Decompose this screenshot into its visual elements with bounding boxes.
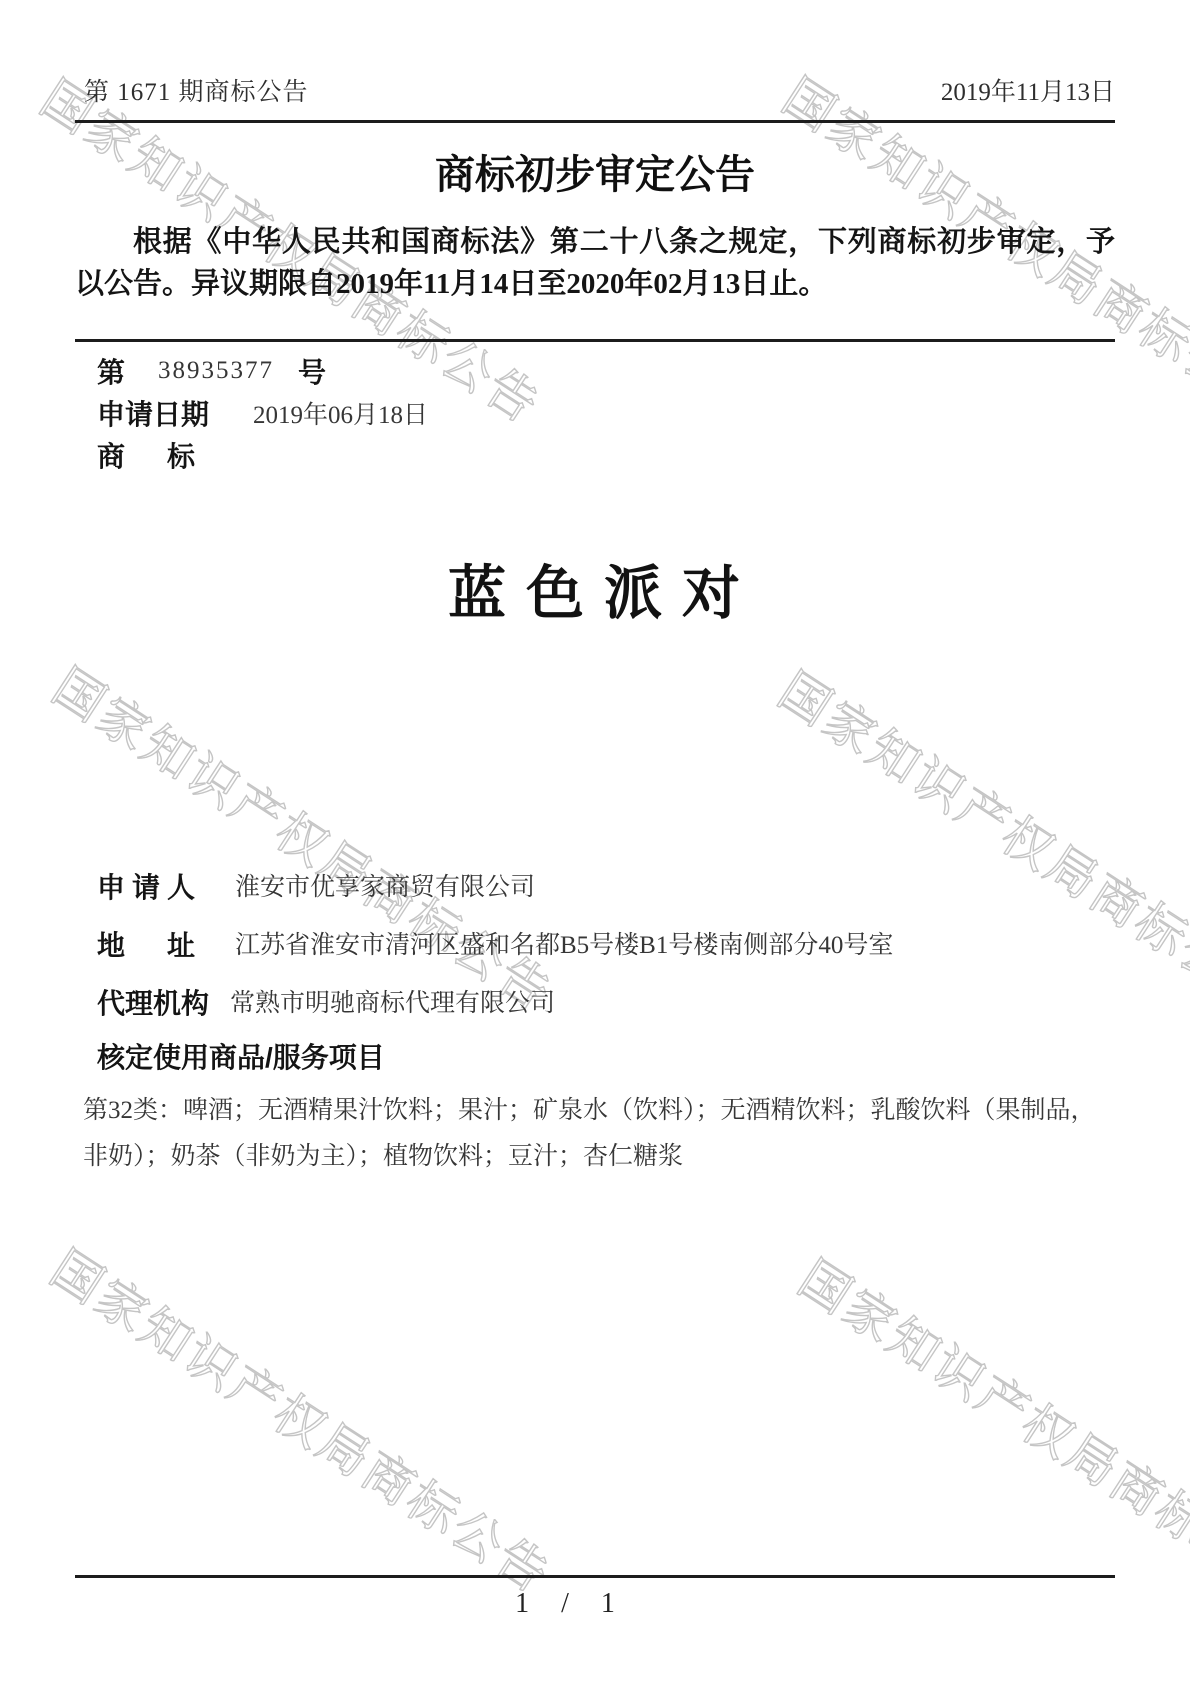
application-number: 38935377 (158, 357, 274, 385)
gazette-page: { "header": { "issue": "第 1671 期商标公告", "… (0, 0, 1190, 1684)
page-separator: / (561, 1588, 569, 1620)
current-page: 1 (515, 1588, 529, 1620)
trademark-label-row: 商标 (97, 434, 1115, 476)
intro-paragraph: 根据《中华人民共和国商标法》第二十八条之规定，下列商标初步审定，予以公告。异议期… (75, 221, 1115, 305)
application-date-row: 申请日期 2019年06月18日 (97, 392, 1115, 434)
address-row: 地址 江苏省淮安市清河区盛和名都B5号楼B1号楼南侧部分40号室 (97, 930, 1115, 962)
applicant-fields: 申请人 淮安市优享家商贸有限公司 地址 江苏省淮安市清河区盛和名都B5号楼B1号… (75, 872, 1115, 1180)
page-title: 商标初步审定公告 (75, 153, 1115, 197)
gazette-date: 2019年11月13日 (941, 72, 1115, 108)
trademark-label: 商标 (97, 435, 195, 475)
registration-fields: 第 38935377 号 申请日期 2019年06月18日 商标 (75, 342, 1115, 476)
gazette-issue: 第 1671 期商标公告 (75, 72, 309, 108)
applicant-row: 申请人 淮安市优享家商贸有限公司 (97, 872, 1115, 904)
page-header: 第 1671 期商标公告 2019年11月13日 (75, 0, 1115, 123)
goods-section-header: 核定使用商品/服务项目 (97, 1042, 1115, 1074)
watermark-text: 国家知识产权局商标公告 (39, 1230, 567, 1608)
application-number-row: 第 38935377 号 (97, 350, 1115, 392)
goods-list-line2: 非奶）；奶茶（非奶为主）；植物饮料；豆汁；杏仁糖浆 (83, 1134, 1115, 1180)
page-number: 1 / 1 (0, 1588, 1160, 1620)
number-prefix-label: 第 (97, 351, 125, 391)
application-date-label: 申请日期 (97, 393, 209, 433)
trademark-image: 蓝色派对 (75, 562, 1115, 626)
agency-row: 代理机构 常熟市明驰商标代理有限公司 (97, 988, 1115, 1020)
applicant-name: 淮安市优享家商贸有限公司 (235, 872, 535, 904)
agency-name: 常熟市明驰商标代理有限公司 (230, 988, 555, 1020)
footer-divider (75, 1575, 1115, 1578)
number-suffix-label: 号 (298, 351, 326, 391)
document-content: 第 1671 期商标公告 2019年11月13日 商标初步审定公告 根据《中华人… (75, 0, 1115, 1180)
total-pages: 1 (601, 1588, 615, 1620)
applicant-label: 申请人 (97, 872, 195, 904)
agency-label: 代理机构 (97, 988, 209, 1020)
application-date-value: 2019年06月18日 (253, 395, 428, 431)
watermark-text: 国家知识产权局商标公告 (787, 1240, 1190, 1618)
goods-list-line1: 第32类：啤酒；无酒精果汁饮料；果汁；矿泉水（饮料）；无酒精饮料；乳酸饮料（果制… (83, 1088, 1115, 1134)
address-label: 地址 (97, 930, 195, 962)
address-value: 江苏省淮安市清河区盛和名都B5号楼B1号楼南侧部分40号室 (235, 930, 893, 962)
